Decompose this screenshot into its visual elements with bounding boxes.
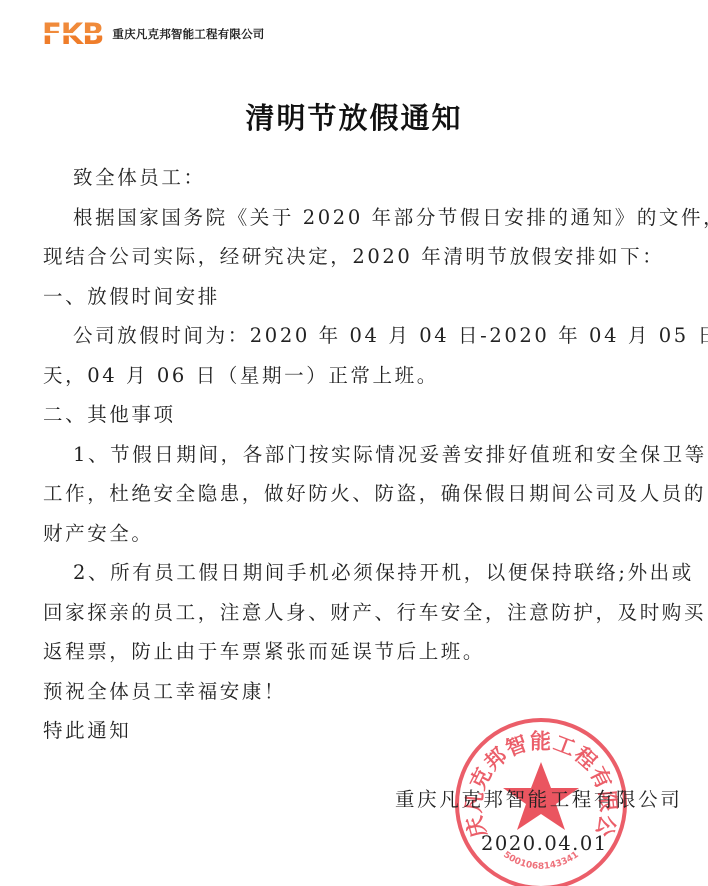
section-heading-1: 一、放假时间安排 <box>43 282 693 322</box>
paragraph-line: 2、所有员工假日期间手机必须保持开机，以便保持联络;外出或 <box>43 558 693 598</box>
paragraph-line: 1、节假日期间，各部门按实际情况妥善安排好值班和安全保卫等 <box>43 440 693 480</box>
letterhead-company-name: 重庆凡克邦智能工程有限公司 <box>112 26 264 42</box>
paragraph-line: 工作，杜绝安全隐患，做好防火、防盗，确保假日期间公司及人员的 <box>43 479 693 519</box>
salutation: 致全体员工： <box>43 163 693 203</box>
paragraph-line: 返程票，防止由于车票紧张而延误节后上班。 <box>43 637 693 677</box>
paragraph-line: 根据国家国务院《关于 2020 年部分节假日安排的通知》的文件， <box>43 203 693 243</box>
signature-date: 2020.04.01 <box>481 830 608 858</box>
letterhead: FKB 重庆凡克邦智能工程有限公司 <box>42 19 265 49</box>
document-title: 清明节放假通知 <box>0 96 708 137</box>
section-heading-2: 二、其他事项 <box>43 400 693 440</box>
paragraph-line: 公司放假时间为：2020 年 04 月 04 日-2020 年 04 月 05 … <box>43 321 693 361</box>
closing-wish: 预祝全体员工幸福安康！ <box>43 677 693 717</box>
paragraph-line: 回家探亲的员工，注意人身、财产、行车安全，注意防护，及时购买 <box>43 598 693 638</box>
fkb-logo: FKB <box>42 20 103 48</box>
document-body: 致全体员工： 根据国家国务院《关于 2020 年部分节假日安排的通知》的文件， … <box>43 163 693 756</box>
signature-company: 重庆凡克邦智能工程有限公司 <box>395 786 682 814</box>
paragraph-line: 现结合公司实际，经研究决定，2020 年清明节放假安排如下： <box>43 242 693 282</box>
paragraph-line: 财产安全。 <box>43 519 693 559</box>
paragraph-line: 天，04 月 06 日（星期一）正常上班。 <box>43 361 693 401</box>
logo-text: FKB <box>42 20 103 48</box>
